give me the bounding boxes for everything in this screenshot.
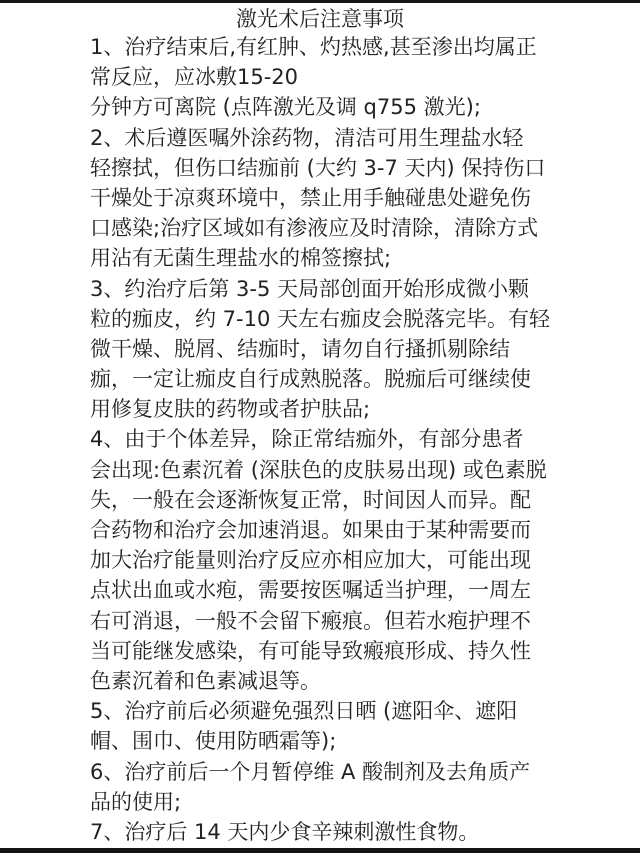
text-line: 品的使用; [90,787,635,817]
text-line: 会出现:色素沉着 (深肤色的皮肤易出现) 或色素脱 [90,455,635,485]
text-line: 失，一般在会逐渐恢复正常，时间因人而异。配 [90,485,635,515]
text-line: 色素沉着和色素减退等。 [90,666,635,696]
text-line: 微干燥、脱屑、结痂时，请勿自行搔抓剔除结 [90,334,635,364]
text-line: 分钟方可离院 (点阵激光及调 q755 激光); [90,92,635,122]
document-title: 激光术后注意事项 [0,4,640,34]
text-line: 常反应，应冰敷15-20 [90,62,635,92]
text-line: 4、由于个体差异，除正常结痂外，有部分患者 [90,424,635,454]
text-line: 粒的痂皮，约 7-10 天左右痂皮会脱落完毕。有轻 [90,304,635,334]
text-line: 5、治疗前后必须避免强烈日晒 (遮阳伞、遮阳 [90,696,635,726]
text-line: 用修复皮肤的药物或者护肤品; [90,394,635,424]
text-line: 口感染;治疗区域如有渗液应及时清除，清除方式 [90,213,635,243]
text-line: 干燥处于凉爽环境中，禁止用手触碰患处避免伤 [90,183,635,213]
text-line: 当可能继发感染，有可能导致瘢痕形成、持久性 [90,636,635,666]
bottom-black-bar [0,848,640,853]
text-line: 右可消退，一般不会留下瘢痕。但若水疱护理不 [90,606,635,636]
top-black-bar [0,0,640,3]
text-line: 痂，一定让痂皮自行成熟脱落。脱痂后可继续使 [90,364,635,394]
text-line: 帽、围巾、使用防晒霜等); [90,726,635,756]
text-line: 7、治疗后 14 天内少食辛辣刺激性食物。 [90,817,635,847]
text-line: 3、约治疗后第 3-5 天局部创面开始形成微小颗 [90,274,635,304]
text-line: 点状出血或水疱，需要按医嘱适当护理，一周左 [90,575,635,605]
text-line: 用沾有无菌生理盐水的棉签擦拭; [90,243,635,273]
text-line: 合药物和治疗会加速消退。如果由于某种需要而 [90,515,635,545]
text-line: 轻擦拭，但伤口结痂前 (大约 3-7 天内) 保持伤口 [90,153,635,183]
document-body: 1、治疗结束后,有红肿、灼热感,甚至渗出均属正 常反应，应冰敷15-20 分钟方… [90,32,635,847]
text-line: 2、术后遵医嘱外涂药物，清洁可用生理盐水轻 [90,123,635,153]
text-line: 1、治疗结束后,有红肿、灼热感,甚至渗出均属正 [90,32,635,62]
text-line: 加大治疗能量则治疗反应亦相应加大，可能出现 [90,545,635,575]
text-line: 6、治疗前后一个月暂停维 A 酸制剂及去角质产 [90,757,635,787]
